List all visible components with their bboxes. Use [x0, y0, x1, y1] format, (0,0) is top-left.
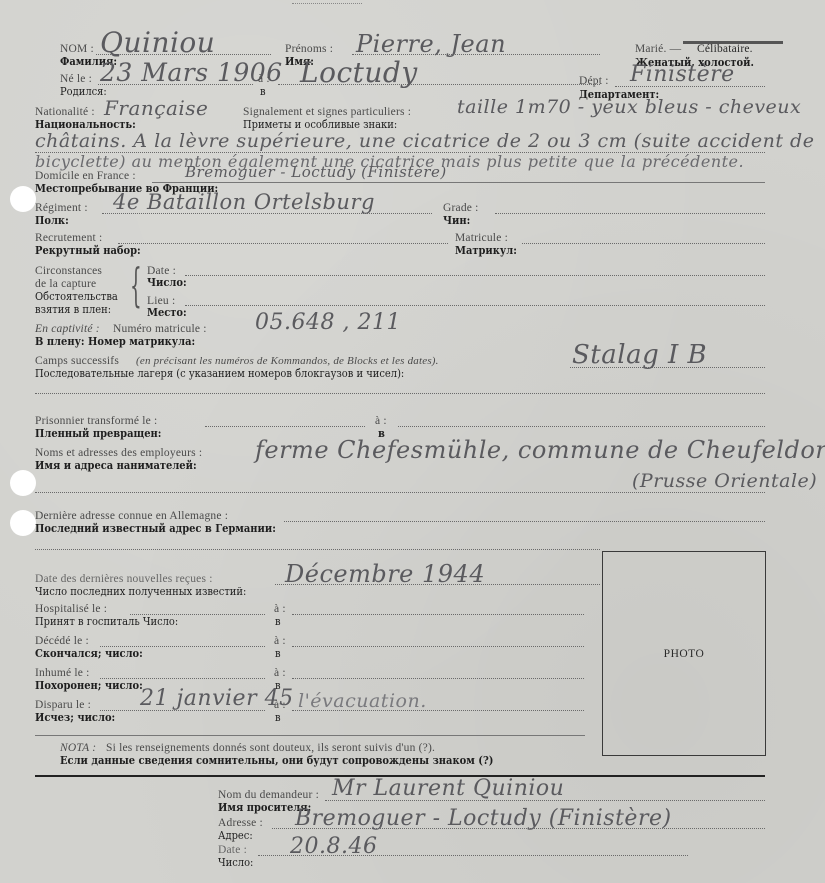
capture-label-ru-2: взятия в плен:	[35, 303, 111, 316]
capture-label-ru-1: Обстоятельства	[35, 290, 118, 303]
captivite-label-ru: В плену: Номер матрикула:	[35, 335, 195, 348]
prenoms-value[interactable]: Pierre, Jean	[356, 30, 506, 58]
nouvelles-label-ru: Число последних полученных известий:	[35, 585, 246, 598]
captivite-value[interactable]: 05.648 , 211	[255, 310, 401, 335]
photo-label: PHOTO	[603, 648, 765, 660]
birth-place-label-ru: в	[260, 85, 266, 98]
camps-line-2	[35, 393, 765, 394]
demandeur-adresse-label-ru: Адрес:	[218, 829, 253, 842]
decede-label: Décédé le :	[35, 635, 89, 647]
employeurs-label: Noms et adresses des employeurs :	[35, 447, 202, 459]
nota-label: NOTA :	[60, 742, 96, 754]
demandeur-adresse-label: Adresse :	[218, 817, 263, 829]
grade-label: Grade :	[443, 202, 479, 214]
recrutement-label: Recrutement :	[35, 232, 102, 244]
employeurs-label-ru: Имя и адреса нанимателей:	[35, 459, 197, 472]
hospitalise-label: Hospitalisé le :	[35, 603, 107, 615]
demandeur-nom-value[interactable]: Mr Laurent Quiniou	[332, 776, 564, 801]
inhume-label-ru: Похоронен; число:	[35, 679, 143, 692]
matricule-label: Matricule :	[455, 232, 508, 244]
derniere-adresse-label: Dernière adresse connue en Allemagne :	[35, 510, 228, 522]
signalement-label: Signalement et signes particuliers :	[243, 106, 411, 118]
demandeur-nom-label: Nom du demandeur :	[218, 789, 319, 801]
inhume-line	[100, 678, 265, 679]
disparu-label: Disparu le :	[35, 699, 91, 711]
birth-place-label: à :	[258, 73, 270, 85]
captivite-label-italic: En captivité :	[35, 323, 100, 335]
punch-hole	[10, 470, 36, 496]
capture-date-label-ru: Число:	[147, 276, 187, 289]
celibataire-label: Célibataire.	[697, 43, 753, 55]
regiment-label-ru: Полк:	[35, 214, 69, 227]
photo-box: PHOTO	[602, 551, 766, 756]
camps-label-ru: Последовательные лагеря (с указанием ном…	[35, 367, 404, 380]
departement-value[interactable]: Finistère	[630, 62, 735, 87]
decede-line	[100, 646, 265, 647]
transforme-a-label: à :	[375, 415, 387, 427]
employeurs-value[interactable]: ferme Chefesmühle, commune de Cheufeldor…	[255, 436, 825, 464]
transforme-a-line	[398, 426, 765, 427]
nouvelles-value[interactable]: Décembre 1944	[285, 560, 485, 588]
grade-label-ru: Чин:	[443, 214, 470, 227]
inhume-a-line	[292, 678, 584, 679]
demandeur-date-value[interactable]: 20.8.46	[290, 834, 377, 859]
transforme-label: Prisonnier transformé le :	[35, 415, 157, 427]
signalement-line2[interactable]: châtains. A la lèvre supérieure, une cic…	[35, 130, 814, 152]
domicile-line	[152, 182, 765, 183]
transforme-line	[205, 426, 365, 427]
disparu-a-label-ru: в	[275, 711, 281, 724]
birth-place-value[interactable]: Loctudy	[300, 56, 418, 89]
domicile-label: Domicile en France :	[35, 170, 136, 182]
regiment-label: Régiment :	[35, 202, 88, 214]
grade-line	[495, 213, 765, 214]
departement-label: Dépt :	[579, 75, 609, 87]
divider	[292, 3, 362, 4]
demandeur-date-label-ru: Число:	[218, 856, 253, 869]
inhume-a-label: à :	[274, 667, 286, 679]
captivite-label: Numéro matricule :	[113, 323, 207, 335]
nom-value[interactable]: Quiniou	[100, 26, 215, 59]
matricule-line	[522, 243, 765, 244]
recrutement-label-ru: Рекрутный набор:	[35, 244, 141, 257]
hospitalise-a-label: à :	[274, 603, 286, 615]
demandeur-date-label: Date :	[218, 844, 247, 856]
recrutement-line	[118, 243, 448, 244]
decede-label-ru: Скончался; число:	[35, 647, 143, 660]
strikethrough-mark	[683, 41, 783, 44]
nom-label: NOM :	[60, 43, 94, 55]
nouvelles-label: Date des dernières nouvelles reçues :	[35, 573, 213, 585]
inhume-label: Inhumé le :	[35, 667, 90, 679]
transforme-label-ru: Пленный превращен:	[35, 427, 161, 440]
form-sheet: NOM : Фамилия: Quiniou Prénoms : Имя: Pi…	[0, 0, 825, 883]
nota-text-ru: Если данные сведения сомнительны, они бу…	[60, 754, 493, 767]
camps-value[interactable]: Stalag I B	[572, 340, 707, 370]
regiment-value[interactable]: 4e Bataillon Ortelsburg	[113, 190, 375, 214]
capture-lieu-line	[185, 305, 765, 306]
ne-le-value[interactable]: 23 Mars 1906	[100, 58, 283, 87]
marie-label: Marié. —	[635, 43, 681, 55]
disparu-a-value[interactable]: l'évacuation.	[298, 690, 427, 712]
capture-lieu-label-ru: Место:	[147, 306, 187, 319]
camps-label-italic: (en précisant les numéros de Kommandos, …	[136, 355, 439, 367]
punch-hole	[10, 186, 36, 212]
brace-symbol: {	[130, 262, 142, 308]
hospitalise-a-line	[292, 614, 584, 615]
capture-date-line	[185, 275, 765, 276]
decede-a-label-ru: в	[275, 647, 281, 660]
ne-le-label: Né le :	[60, 73, 92, 85]
decede-a-line	[292, 646, 584, 647]
demandeur-adresse-value[interactable]: Bremoguer - Loctudy (Finistère)	[295, 806, 672, 831]
derniere-adresse-label-ru: Последний известный адрес в Германии:	[35, 522, 276, 535]
hospitalise-a-label-ru: в	[275, 615, 281, 628]
matricule-label-ru: Матрикул:	[455, 244, 517, 257]
employeurs-line-2	[35, 492, 765, 493]
divider	[35, 735, 585, 736]
domicile-value[interactable]: Bremoguer - Loctudy (Finistère)	[185, 163, 447, 181]
signalement-line1[interactable]: taille 1m70 - yeux bleus - cheveux	[457, 96, 801, 118]
decede-a-label: à :	[274, 635, 286, 647]
capture-label-2: de la capture	[35, 278, 96, 290]
disparu-label-ru: Исчез; число:	[35, 711, 115, 724]
camps-label: Camps successifs	[35, 355, 119, 367]
derniere-adresse-line	[284, 521, 765, 522]
prenoms-label: Prénoms :	[285, 43, 333, 55]
nota-text-fr: Si les renseignements donnés sont douteu…	[106, 742, 435, 754]
capture-label-1: Circonstances	[35, 265, 102, 277]
nationalite-value[interactable]: Française	[104, 96, 208, 120]
disparu-a-label: à :	[274, 699, 286, 711]
hospitalise-label-ru: Принят в госпиталь Число:	[35, 615, 178, 628]
disparu-value[interactable]: 21 janvier 45	[140, 686, 294, 711]
employeurs-value-2[interactable]: (Prusse Orientale)	[632, 470, 817, 492]
punch-hole	[10, 510, 36, 536]
nationalite-label: Nationalité :	[35, 106, 95, 118]
derniere-adresse-line-2	[35, 549, 600, 550]
hospitalise-line	[130, 614, 265, 615]
